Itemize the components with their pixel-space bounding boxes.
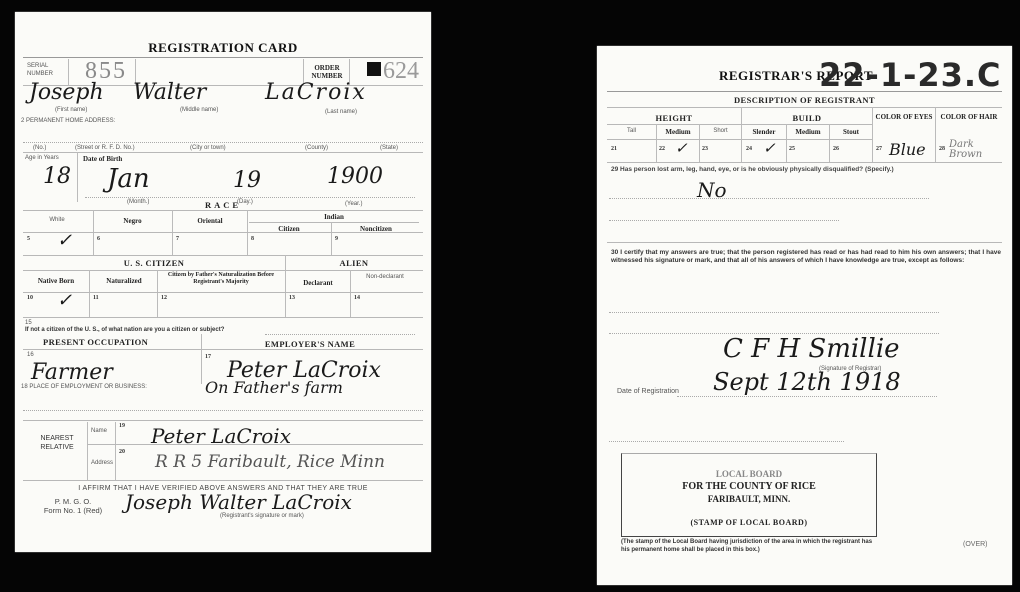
race-heading: RACE bbox=[15, 200, 431, 210]
last-name: LaCroix bbox=[265, 80, 367, 105]
date-of-registration-label: Date of Registration bbox=[617, 388, 679, 395]
num-23: 23 bbox=[702, 146, 708, 152]
relative-address: R R 5 Faribault, Rice Minn bbox=[155, 452, 385, 472]
nearest-relative-label: NEAREST RELATIVE bbox=[27, 434, 87, 452]
native-born-label: Native Born bbox=[25, 277, 87, 285]
order-number-label: ORDER NUMBER bbox=[305, 64, 349, 80]
cit-num-14: 14 bbox=[354, 295, 360, 301]
occupation-heading: PRESENT OCCUPATION bbox=[43, 337, 148, 347]
address-no-label: (No.) bbox=[33, 145, 46, 151]
middle-name: Walter bbox=[133, 80, 206, 105]
q29-label: 29 Has person lost arm, leg, hand, eye, … bbox=[611, 166, 1001, 173]
q15-number: 15 bbox=[25, 320, 32, 326]
hair-heading: COLOR OF HAIR bbox=[937, 113, 1001, 121]
dob-month: Jan bbox=[107, 164, 150, 194]
race-negro-label: Negro bbox=[95, 217, 170, 225]
cit-num-10: 10 bbox=[27, 295, 33, 301]
employer-heading: EMPLOYER'S NAME bbox=[205, 339, 415, 349]
q19-number: 19 bbox=[119, 423, 125, 429]
dob-label: Date of Birth bbox=[83, 155, 122, 163]
race-white-checkmark: ✓ bbox=[57, 230, 72, 251]
home-address-label: 2 PERMANENT HOME ADDRESS: bbox=[21, 118, 115, 124]
race-num-9: 9 bbox=[335, 236, 338, 242]
last-name-label: (Last name) bbox=[325, 109, 357, 115]
place-value: On Father's farm bbox=[205, 378, 343, 397]
num-27: 27 bbox=[876, 146, 882, 152]
non-declarant-label: Non-declarant bbox=[352, 274, 418, 280]
race-num-8: 8 bbox=[251, 236, 254, 242]
num-21: 21 bbox=[611, 146, 617, 152]
race-indian-label: Indian bbox=[249, 213, 419, 221]
age-value: 18 bbox=[43, 164, 71, 189]
height-tall-label: Tall bbox=[609, 128, 654, 134]
registration-card: REGISTRATION CARD SERIAL NUMBER 855 ORDE… bbox=[15, 12, 431, 552]
occupation-value: Farmer bbox=[31, 360, 113, 385]
form-id-line1: P. M. G. O. bbox=[23, 497, 123, 506]
stamp-line3: FARIBAULT, MINN. bbox=[622, 494, 876, 504]
first-name-label: (First name) bbox=[55, 107, 87, 113]
num-26: 26 bbox=[833, 146, 839, 152]
alien-heading: ALIEN bbox=[285, 258, 423, 268]
num-25: 25 bbox=[789, 146, 795, 152]
q30-certification: 30 I certify that my answers are true; t… bbox=[611, 249, 1001, 265]
address-street-label: (Street or R. F. D. No.) bbox=[75, 145, 135, 151]
relative-address-label: Address bbox=[91, 460, 113, 466]
build-slender-label: Slender bbox=[743, 128, 785, 136]
num-28: 28 bbox=[939, 146, 945, 152]
description-heading: DESCRIPTION OF REGISTRANT bbox=[597, 95, 1012, 105]
middle-name-label: (Middle name) bbox=[180, 107, 218, 113]
address-city-label: (City or town) bbox=[190, 145, 226, 151]
stamp-line2: FOR THE COUNTY OF RICE bbox=[622, 481, 876, 492]
relative-name-label: Name bbox=[91, 428, 107, 434]
hair-color-value: Dark Brown bbox=[949, 140, 1004, 160]
stamp-line1: LOCAL BOARD bbox=[622, 469, 876, 479]
q16-number: 16 bbox=[27, 352, 34, 358]
q15-label: If not a citizen of the U. S., of what n… bbox=[25, 327, 224, 333]
declarant-label: Declarant bbox=[287, 279, 349, 287]
registration-date: Sept 12th 1918 bbox=[713, 368, 901, 396]
dob-day: 19 bbox=[233, 168, 261, 193]
stamp-note: (The stamp of the Local Board having jur… bbox=[621, 538, 881, 554]
q20-number: 20 bbox=[119, 449, 125, 455]
dob-year: 1900 bbox=[327, 164, 383, 189]
card-title: REGISTRATION CARD bbox=[15, 40, 431, 56]
race-num-5: 5 bbox=[27, 236, 30, 242]
registrant-signature: Joseph Walter LaCroix bbox=[125, 490, 352, 514]
num-22: 22 bbox=[659, 146, 665, 152]
height-medium-checkmark: ✓ bbox=[675, 139, 688, 157]
age-label: Age in Years bbox=[25, 155, 59, 161]
q17-number: 17 bbox=[205, 354, 211, 360]
us-citizen-heading: U. S. CITIZEN bbox=[23, 258, 285, 268]
stamp-caption: (STAMP OF LOCAL BOARD) bbox=[622, 518, 876, 527]
registrar-signature: C F H Smillie bbox=[723, 334, 900, 364]
first-name: Joseph bbox=[29, 80, 104, 105]
cit-num-13: 13 bbox=[289, 295, 295, 301]
build-medium-label: Medium bbox=[787, 128, 829, 136]
eye-color-value: Blue bbox=[889, 140, 926, 159]
over-label: (OVER) bbox=[963, 541, 988, 548]
place-label: 18 PLACE OF EMPLOYMENT OR BUSINESS: bbox=[21, 384, 147, 390]
serial-number-label: SERIAL NUMBER bbox=[27, 62, 65, 78]
citizen-by-father-label: Citizen by Father's Naturalization Befor… bbox=[159, 272, 283, 286]
form-id-line2: Form No. 1 (Red) bbox=[23, 506, 123, 515]
race-oriental-label: Oriental bbox=[174, 217, 246, 225]
signature-label: (Registrant's signature or mark) bbox=[220, 513, 304, 519]
naturalized-label: Naturalized bbox=[91, 277, 157, 285]
local-board-stamp-box: LOCAL BOARD FOR THE COUNTY OF RICE FARIB… bbox=[621, 453, 877, 537]
stamp-mark-icon bbox=[367, 62, 381, 76]
race-num-6: 6 bbox=[97, 236, 100, 242]
cit-num-11: 11 bbox=[93, 295, 99, 301]
num-24: 24 bbox=[746, 146, 752, 152]
address-county-label: (County) bbox=[305, 145, 328, 151]
native-born-checkmark: ✓ bbox=[57, 290, 72, 311]
eyes-heading: COLOR OF EYES bbox=[874, 113, 934, 121]
address-state-label: (State) bbox=[380, 145, 398, 151]
race-num-7: 7 bbox=[176, 236, 179, 242]
height-medium-label: Medium bbox=[657, 128, 699, 136]
build-slender-checkmark: ✓ bbox=[763, 139, 776, 157]
order-number: 624 bbox=[383, 58, 419, 85]
build-heading: BUILD bbox=[743, 113, 871, 123]
cit-num-12: 12 bbox=[161, 295, 167, 301]
registrar-report-card: REGISTRAR'S REPORT 22-1-23.C DESCRIPTION… bbox=[597, 46, 1012, 585]
stamp-code: 22-1-23.C bbox=[819, 56, 1002, 94]
height-heading: HEIGHT bbox=[609, 113, 739, 123]
race-white-label: White bbox=[27, 217, 87, 223]
height-short-label: Short bbox=[700, 128, 741, 134]
build-stout-label: Stout bbox=[830, 128, 872, 136]
